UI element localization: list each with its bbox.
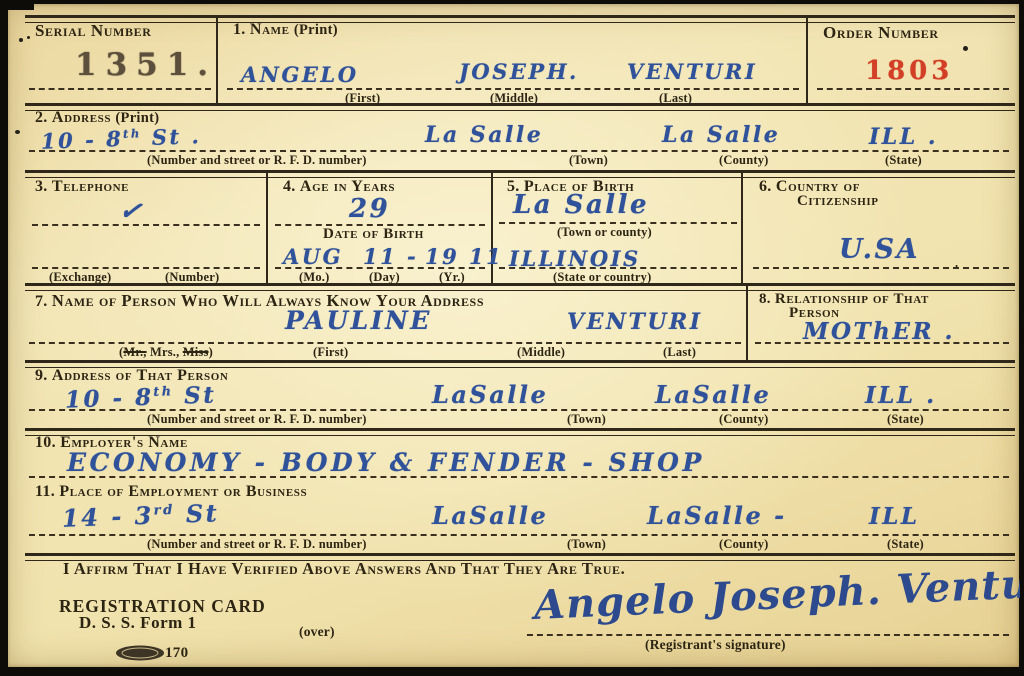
birth-town-sublabel: (Town or county): [557, 225, 652, 240]
scan-edge-top: [0, 0, 1024, 4]
divider-name-order: [806, 17, 808, 105]
employment-street-sublabel: (Number and street or R. F. D. number): [147, 537, 367, 552]
name-first-sublabel: (First): [345, 91, 380, 106]
contact-address-state-value: ILL .: [865, 382, 937, 409]
dob-line: [275, 267, 485, 269]
citizenship-line: [753, 267, 1009, 269]
contact-address-street-sublabel: (Number and street or R. F. D. number): [147, 412, 367, 427]
dob-month-value: AUG: [283, 244, 343, 269]
relationship-line: [755, 342, 1009, 344]
signature-sublabel: (Registrant's signature): [645, 637, 786, 653]
name-first-value: ANGELO: [241, 62, 359, 87]
scan-edge-bottom: [0, 667, 1024, 676]
scan-edge-corner: [0, 0, 34, 10]
form-number: D. S. S. Form 1: [79, 613, 197, 633]
divider-birth-citizenship: [741, 172, 743, 285]
telephone-exchange-sublabel: (Exchange): [49, 270, 111, 285]
contact-name-line: [29, 342, 741, 344]
employment-street-value: 14 - 3rd St: [62, 498, 220, 532]
dob-year-sublabel: (Yr.): [439, 270, 465, 285]
divider-telephone-age: [266, 172, 268, 285]
scan-edge-right: [1020, 0, 1024, 676]
name-last-value: VENTURI: [627, 59, 757, 84]
rule-top: [25, 15, 1015, 23]
contact-address-line: [29, 409, 1009, 411]
birth-state-line: [499, 267, 737, 269]
contact-address-county-value: LaSalle: [655, 380, 771, 409]
address-town-sublabel: (Town): [569, 153, 608, 168]
address-line: [29, 150, 1009, 152]
contact-address-town-sublabel: (Town): [567, 412, 606, 427]
scan-artifact: [963, 46, 968, 51]
name-middle-sublabel: (Middle): [490, 91, 538, 106]
order-number-value: 1803: [865, 56, 953, 86]
divider-contact-relationship: [746, 285, 748, 362]
serial-number-label: Serial Number: [35, 21, 151, 41]
date-of-birth-label: Date of Birth: [323, 226, 424, 243]
order-line: [817, 88, 1009, 90]
name-line: [227, 88, 799, 90]
birth-town-value: La Salle: [513, 190, 649, 220]
employment-state-value: ILL: [869, 503, 920, 530]
address-state-value: ILL .: [869, 124, 938, 150]
scan-artifact: [27, 36, 30, 39]
employment-county-sublabel: (County): [719, 537, 769, 552]
contact-first-value: PAULINE: [285, 306, 432, 335]
over-note: (over): [299, 624, 335, 640]
name-middle-value: JOSEPH.: [459, 59, 579, 84]
telephone-line-1: [32, 224, 260, 226]
scan-edge-left: [0, 0, 8, 676]
contact-first-sublabel: (First): [313, 345, 348, 360]
employment-state-sublabel: (State): [887, 537, 924, 552]
citizenship-value: U.SA: [839, 234, 920, 265]
rule-row2-bottom: [25, 170, 1015, 178]
employment-town-value: LaSalle: [432, 501, 548, 530]
address-state-sublabel: (State): [885, 153, 922, 168]
relationship-value: MOThER .: [803, 318, 955, 345]
citizenship-label-line2: Citizenship: [797, 193, 879, 210]
affirmation-statement: I Affirm That I Have Verified Above Answ…: [63, 559, 625, 579]
age-value: 29: [349, 194, 390, 224]
telephone-line-2: [32, 267, 260, 269]
address-street-sublabel: (Number and street or R. F. D. number): [147, 153, 367, 168]
telephone-number-sublabel: (Number): [165, 270, 219, 285]
contact-address-county-sublabel: (County): [719, 412, 769, 427]
printers-union-label: 170: [115, 645, 188, 666]
contact-address-state-sublabel: (State): [887, 412, 924, 427]
scan-artifact: [15, 130, 20, 134]
employment-line: [29, 534, 1009, 536]
serial-line: [29, 88, 211, 90]
contact-last-sublabel: (Last): [663, 345, 696, 360]
name-last-sublabel: (Last): [659, 91, 692, 106]
print-code: 170: [165, 645, 188, 661]
scan-artifact: [19, 38, 23, 42]
serial-number-value: 1351.: [75, 47, 217, 83]
registration-card: Serial Number 1351. 1. Name (Print) ANGE…: [7, 4, 1019, 667]
dob-day-value: 11 -: [363, 244, 418, 269]
signature-line: [527, 634, 1009, 636]
telephone-label: 3. Telephone: [35, 178, 129, 196]
birth-state-sublabel: (State or country): [553, 270, 652, 285]
name-label: 1. Name (Print): [233, 21, 338, 39]
contact-last-value: VENTURI: [567, 309, 703, 335]
draft-registration-card-scan: { "form": { "serial": {"label": "Serial …: [0, 0, 1024, 676]
contact-title-sublabel: (Mr., Mrs., Miss): [119, 345, 213, 360]
dob-month-sublabel: (Mo.): [299, 270, 330, 285]
address-town-value: La Salle: [425, 122, 543, 148]
address-county-sublabel: (County): [719, 153, 769, 168]
employer-line: [29, 476, 1009, 478]
union-bug-icon: [115, 645, 165, 661]
employment-county-value: LaSalle -: [647, 501, 787, 530]
employer-value: ECONOMY - BODY & FENDER - SHOP: [67, 448, 705, 477]
contact-address-town-value: LaSalle: [432, 380, 548, 409]
employment-town-sublabel: (Town): [567, 537, 606, 552]
contact-middle-sublabel: (Middle): [517, 345, 565, 360]
relationship-label: 8. Relationship of That: [759, 291, 929, 308]
dob-day-sublabel: (Day): [369, 270, 400, 285]
birth-town-line: [499, 222, 737, 224]
dob-year-value: 19 11: [425, 244, 503, 269]
employment-label: 11. Place of Employment or Business: [35, 483, 307, 501]
order-number-label: Order Number: [823, 23, 939, 43]
address-county-value: La Salle: [662, 122, 780, 148]
